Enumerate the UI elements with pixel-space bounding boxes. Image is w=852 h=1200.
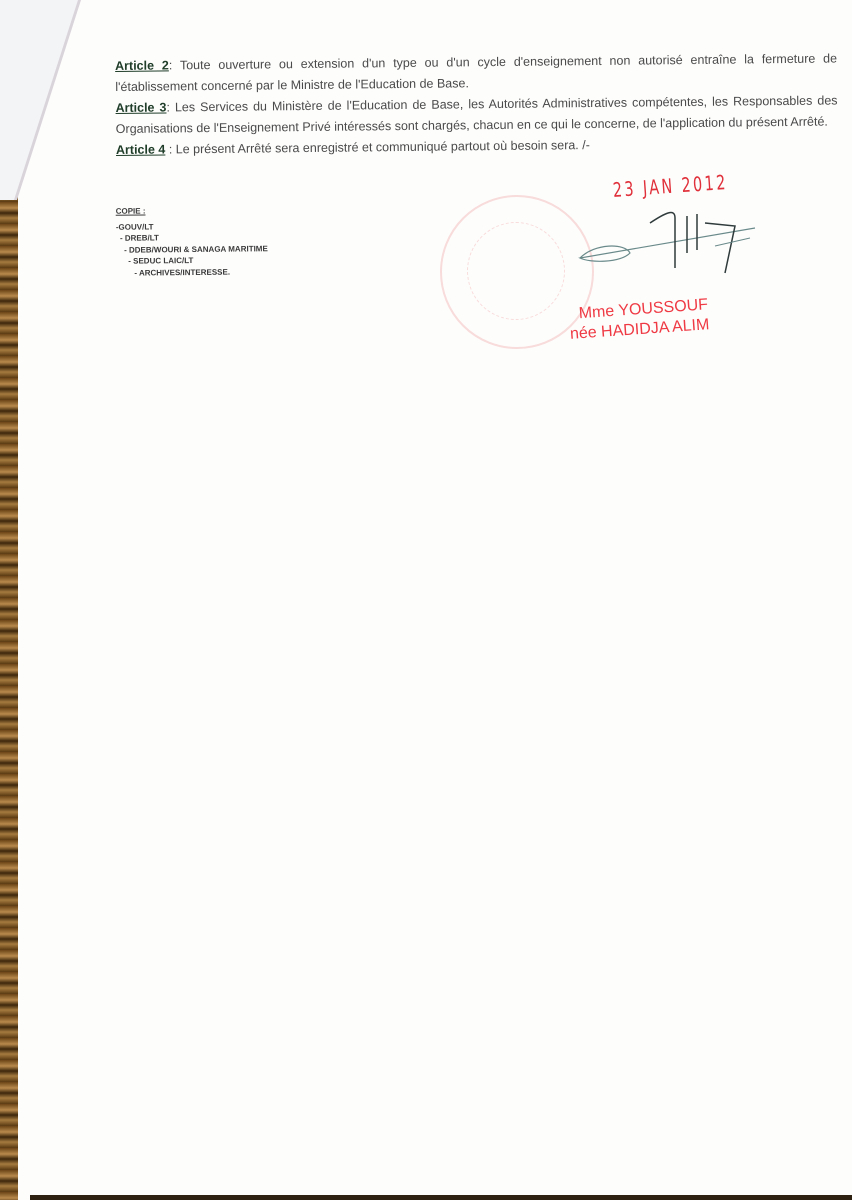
article-text: Toute ouverture ou extension d'un type o…	[115, 51, 837, 94]
article-text: Les Services du Ministère de l'Education…	[116, 93, 838, 136]
copy-distribution-list: COPIE : -GOUV/LT - DREB/LT - DDEB/WOURI …	[116, 204, 268, 279]
signer-name: Mme YOUSSOUF née HADIDJA ALIM	[568, 295, 710, 345]
signature-icon	[575, 208, 765, 278]
copie-item: - ARCHIVES/INTERESSE.	[116, 266, 268, 279]
article-text: Le présent Arrêté sera enregistré et com…	[176, 138, 590, 156]
document-body: Article 2: Toute ouverture ou extension …	[115, 48, 838, 161]
copie-title: COPIE :	[116, 204, 268, 217]
article-3: Article 3: Les Services du Ministère de …	[115, 90, 837, 140]
background-mat-bottom	[30, 1195, 852, 1200]
article-label: Article 2	[115, 58, 169, 73]
background-mat-left	[0, 180, 18, 1200]
copie-item: - DDEB/WOURI & SANAGA MARITIME	[116, 243, 268, 256]
folded-page-corner	[0, 0, 80, 200]
date-stamp: 23 JAN 2012	[612, 170, 728, 202]
article-label: Article 4	[116, 142, 165, 157]
article-label: Article 3	[115, 100, 166, 115]
